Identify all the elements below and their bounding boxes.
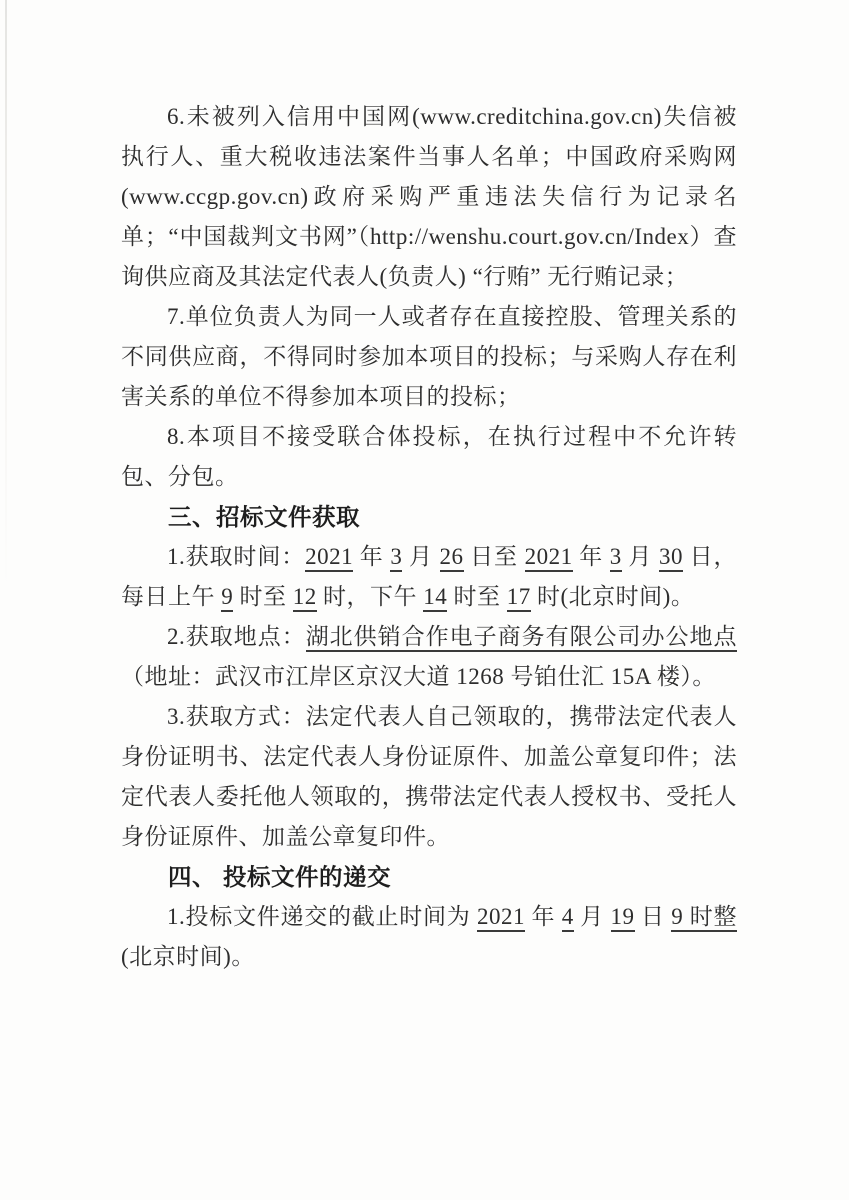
paragraph: 1.投标文件递交的截止时间为 2021 年 4 月 19 日 9 时整(北京时间… (121, 897, 737, 977)
text-run: 年 (525, 904, 562, 929)
underlined-fill-in-text: 2021 (477, 904, 525, 932)
text-run: 月 (402, 544, 439, 569)
text-run: 时至 (233, 584, 293, 609)
text-run: 月 (574, 904, 611, 929)
underlined-fill-in-text: 3 (390, 544, 402, 572)
text-run: 时，下午 (317, 584, 424, 609)
scanned-document-page: 6.未被列入信用中国网(www.creditchina.gov.cn)失信被执行… (0, 0, 849, 1200)
text-run: 三、招标文件获取 (168, 504, 360, 530)
underlined-fill-in-text: 12 (293, 584, 317, 612)
underlined-fill-in-text: 2021 (305, 544, 353, 572)
section-heading: 三、招标文件获取 (121, 497, 737, 537)
underlined-fill-in-text: 3 (610, 544, 622, 572)
text-run: 月 (622, 544, 659, 569)
text-run: 时至 (447, 584, 507, 609)
underlined-fill-in-text: 9 (221, 584, 233, 612)
document-body: 6.未被列入信用中国网(www.creditchina.gov.cn)失信被执行… (121, 97, 737, 977)
text-run: 3.获取方式：法定代表人自己领取的，携带法定代表人身份证明书、法定代表人身份证原… (121, 704, 737, 849)
text-run: 2.获取地点： (167, 624, 306, 649)
text-run: 1.投标文件递交的截止时间为 (167, 904, 477, 929)
underlined-fill-in-text: 17 (507, 584, 531, 612)
underlined-fill-in-text: 19 (611, 904, 635, 932)
text-run: 1.获取时间： (167, 544, 305, 569)
text-run: 日至 (464, 544, 525, 569)
text-run: 时(北京时间)。 (531, 584, 695, 609)
paragraph: 7.单位负责人为同一人或者存在直接控股、管理关系的不同供应商，不得同时参加本项目… (121, 297, 737, 417)
underlined-fill-in-text: 4 (562, 904, 574, 932)
scan-edge-artifact (5, 0, 7, 590)
underlined-fill-in-text: 30 (659, 544, 683, 572)
underlined-fill-in-text: 9 时整 (671, 904, 737, 932)
text-run: 8.本项目不接受联合体投标，在执行过程中不允许转包、分包。 (121, 424, 737, 489)
underlined-fill-in-text: 2021 (525, 544, 573, 572)
paragraph: 8.本项目不接受联合体投标，在执行过程中不允许转包、分包。 (121, 417, 737, 497)
paragraph: 2.获取地点：湖北供销合作电子商务有限公司办公地点（地址：武汉市江岸区京汉大道 … (121, 617, 737, 697)
text-run: 6.未被列入信用中国网(www.creditchina.gov.cn)失信被执行… (121, 104, 737, 289)
underlined-fill-in-text: 湖北供销合作电子商务有限公司办公地点 (306, 624, 737, 652)
paragraph: 3.获取方式：法定代表人自己领取的，携带法定代表人身份证明书、法定代表人身份证原… (121, 697, 737, 857)
text-run: 7.单位负责人为同一人或者存在直接控股、管理关系的不同供应商，不得同时参加本项目… (121, 304, 737, 409)
text-run: 四、 投标文件的递交 (168, 864, 391, 890)
paragraph: 1.获取时间：2021 年 3 月 26 日至 2021 年 3 月 30 日，… (121, 537, 737, 617)
text-run: (北京时间)。 (121, 944, 255, 969)
text-run: 日 (635, 904, 672, 929)
section-heading: 四、 投标文件的递交 (121, 857, 737, 897)
paragraph: 6.未被列入信用中国网(www.creditchina.gov.cn)失信被执行… (121, 97, 737, 297)
text-run: 年 (573, 544, 610, 569)
text-run: 年 (353, 544, 390, 569)
underlined-fill-in-text: 14 (423, 584, 447, 612)
text-run: （地址：武汉市江岸区京汉大道 1268 号铂仕汇 15A 楼）。 (121, 664, 716, 689)
underlined-fill-in-text: 26 (440, 544, 464, 572)
